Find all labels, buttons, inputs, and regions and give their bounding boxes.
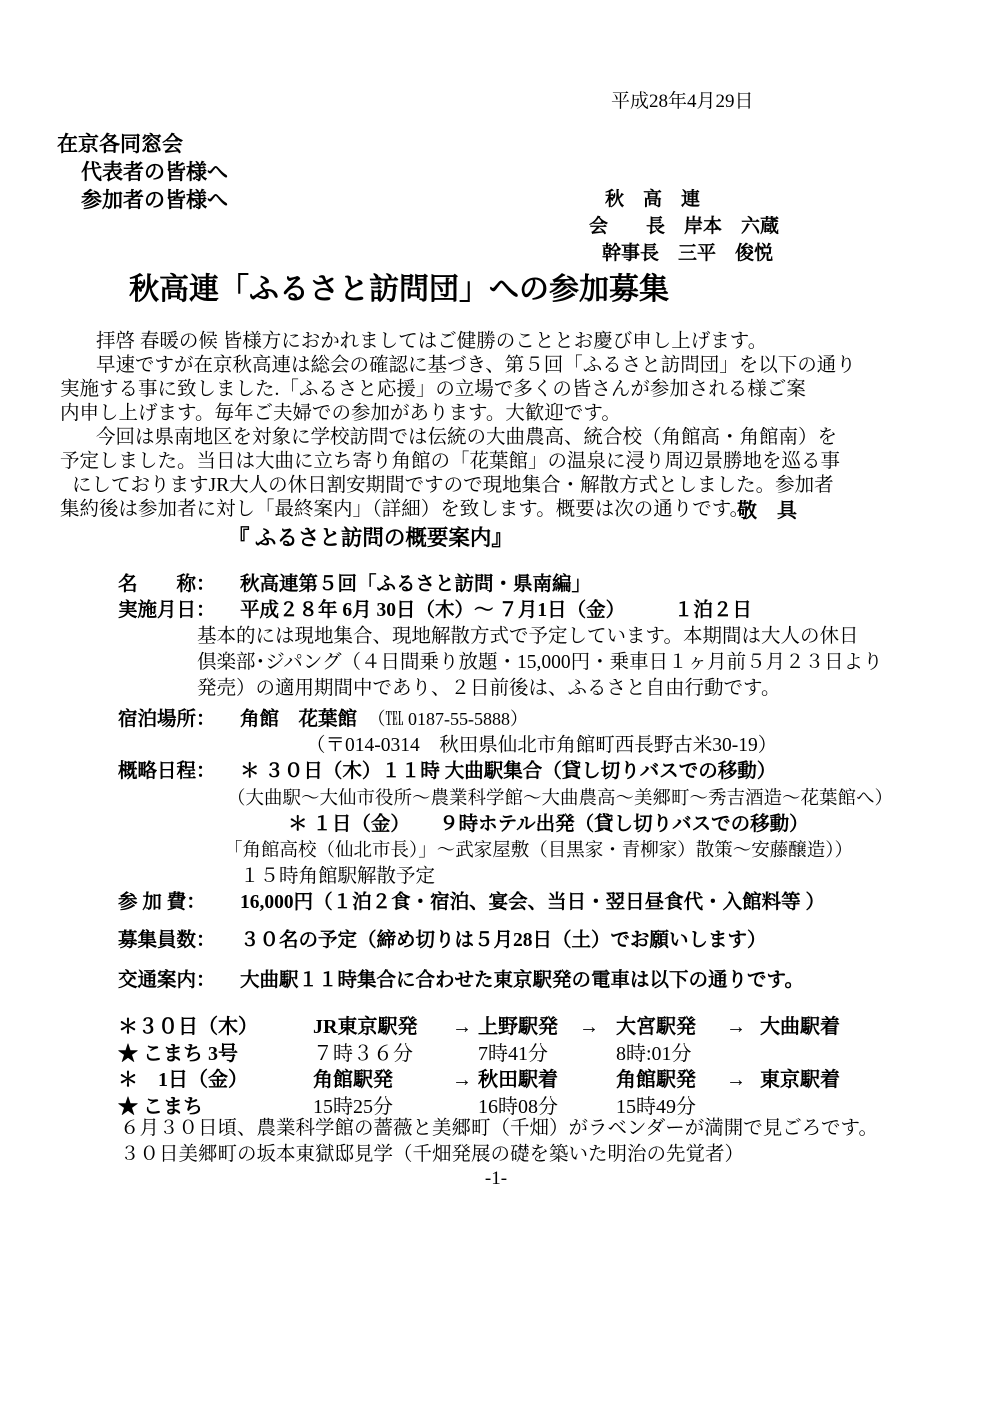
lodging-address: （〒014-0314 秋田県仙北市角館町西長野古米30-19） <box>306 733 893 759</box>
train-station: 秋田駅着 <box>478 1067 579 1094</box>
body-paragraphs: 拝啓 春暖の候 皆様方におかれましてはご健勝のこととお慶び申し上げます。 早速で… <box>60 330 940 522</box>
train-row-day2-stations: ＊ 1日（金）角館駅発→秋田駅着角館駅発→東京駅着 <box>118 1067 840 1094</box>
document-date: 平成28年4月29日 <box>611 86 754 113</box>
itinerary-end: １５時角館駅解散予定 <box>240 864 893 890</box>
train-time: ７時３６分 <box>313 1041 452 1068</box>
body-line: 早速ですが在京秋高連は総会の確認に基づき、第５回「ふるさと訪問団」を以下の通り <box>60 354 940 378</box>
section-title: 『 ふるさと訪問の概要案内』 <box>228 521 513 552</box>
season-notes: ６月３０日頃、農業科学館の薔薇と美郷町（千畑）がラベンダーが満開で見ごろです。 … <box>120 1116 878 1167</box>
body-line: 集約後は参加者に対し「最終案内」（詳細）を致します。概要は次の通りです。 <box>60 498 940 522</box>
arrow-icon: → <box>452 1014 478 1041</box>
body-line: 実施する事に致しました.「ふるさと応援」の立場で多くの皆さんが参加される様ご案 <box>60 378 940 402</box>
page-title: 秋高連「ふるさと訪問団」への参加募集 <box>129 264 669 308</box>
train-row-day1-times: ★ こまち 3号７時３６分7時41分8時:01分 <box>118 1041 840 1068</box>
recipient-block: 在京各同窓会 代表者の皆様へ 参加者の皆様へ <box>57 130 228 214</box>
body-line: 内申し上げます。毎年ご夫婦での参加があります。大歓迎です。 <box>60 402 940 426</box>
detail-label: 名 称： <box>118 572 240 598</box>
detail-note-line: 基本的には現地集合、現地解散方式で予定しています。本期間は大人の休日 <box>197 624 883 650</box>
itinerary-day2: ＊ １日（金） ９時ホテル出発（貸し切りバスでの移動） <box>288 812 893 838</box>
closing-word: 敬 具 <box>737 494 797 523</box>
sender-secretary: 幹事長 三平 俊悦 <box>589 240 779 267</box>
arrow-icon: → <box>726 1067 760 1094</box>
train-station: 大曲駅着 <box>760 1014 840 1041</box>
body-line: 拝啓 春暖の候 皆様方におかれましてはご健勝のこととお慶び申し上げます。 <box>60 330 940 354</box>
train-schedule: ＊３０日（木）JR東京駅発→上野駅発→大宮駅発→大曲駅着 ★ こまち 3号７時３… <box>118 1014 840 1120</box>
detail-label: 交通案内： <box>118 968 240 994</box>
train-station: 東京駅着 <box>760 1067 840 1094</box>
detail-label: 実施月日： <box>118 598 240 624</box>
detail-value: 平成２８年 6月 30日（木）～ ７月1日（金） １泊２日 <box>240 600 752 621</box>
sender-president: 会 長 岸本 六蔵 <box>589 213 779 240</box>
note-line: ６月３０日頃、農業科学館の薔薇と美郷町（千畑）がラベンダーが満開で見ごろです。 <box>120 1116 878 1142</box>
overview-name-date: 名 称：秋高連第５回「ふるさと訪問・県南編」 実施月日：平成２８年 6月 30日… <box>118 572 883 702</box>
overview-lodging-itinerary: 宿泊場所：角館 花葉館 （℡ 0187-55-5888） （〒014-0314 … <box>118 706 893 917</box>
detail-value: 秋高連第５回「ふるさと訪問・県南編」 <box>240 574 591 595</box>
train-row-day1-stations: ＊３０日（木）JR東京駅発→上野駅発→大宮駅発→大曲駅着 <box>118 1014 840 1041</box>
detail-value: ３０名の予定（締め切りは５月28日（土）でお願いします） <box>240 930 767 951</box>
body-line: にしておりますJR大人の休日割安期間ですので現地集合・解散方式としました。参加者 <box>60 474 940 498</box>
detail-row-lodging: 宿泊場所：角館 花葉館 （℡ 0187-55-5888） <box>118 706 893 733</box>
overview-transport: 交通案内：大曲駅１１時集合に合わせた東京駅発の電車は以下の通りです。 <box>118 968 804 994</box>
train-station: JR東京駅発 <box>313 1014 452 1041</box>
recipient-line: 在京各同窓会 <box>57 130 228 158</box>
itinerary-day1-route: （大曲駅～大仙市役所～農業科学館～大曲農高～美郷町～秀吉酒造～花葉館へ） <box>227 786 893 812</box>
recipient-line: 参加者の皆様へ <box>57 186 228 214</box>
detail-row-date: 実施月日：平成２８年 6月 30日（木）～ ７月1日（金） １泊２日 <box>118 598 883 624</box>
detail-note-line: 倶楽部･ジパング（４日間乗り放題・15,000円・乗車日１ヶ月前５月２３日より <box>197 650 883 676</box>
sender-block: 秋 高 連 会 長 岸本 六蔵 幹事長 三平 俊悦 <box>589 186 779 267</box>
detail-label: 参 加 費： <box>118 890 240 916</box>
train-day: ＊ 1日（金） <box>118 1067 313 1094</box>
body-line: 予定しました。当日は大曲に立ち寄り角館の「花葉館」の温泉に浸り周辺景勝地を巡る事 <box>60 450 940 474</box>
detail-row-itinerary: 概略日程：＊ ３０日（木）１１時 大曲駅集合（貸し切りバスでの移動） <box>118 759 893 785</box>
sender-org: 秋 高 連 <box>589 186 779 213</box>
train-day: ＊３０日（木） <box>118 1014 313 1041</box>
train-station: 角館駅発 <box>616 1067 726 1094</box>
arrow-icon: → <box>579 1014 616 1041</box>
detail-label: 宿泊場所： <box>118 707 240 733</box>
detail-value: 大曲駅１１時集合に合わせた東京駅発の電車は以下の通りです。 <box>240 970 804 991</box>
detail-value: 角館 花葉館 <box>240 709 377 730</box>
body-line: 今回は県南地区を対象に学校訪問では伝統の大曲農高、統合校（角館高・角館南）を <box>60 426 940 450</box>
itinerary-day1: ＊ ３０日（木）１１時 大曲駅集合（貸し切りバスでの移動） <box>240 761 776 782</box>
recipient-line: 代表者の皆様へ <box>57 158 228 186</box>
lodging-tel: （℡ 0187-55-5888） <box>377 709 529 729</box>
detail-label: 募集員数： <box>118 928 240 954</box>
detail-label: 概略日程： <box>118 759 240 785</box>
detail-value: 16,000円（１泊２食・宿泊、宴会、当日・翌日昼食代・入館料等 ） <box>240 892 825 913</box>
train-time: 7時41分 <box>478 1041 579 1068</box>
detail-row-name: 名 称：秋高連第５回「ふるさと訪問・県南編」 <box>118 572 883 598</box>
note-line: ３０日美郷町の坂本東獄邸見学（千畑発展の礎を築いた明治の先覚者） <box>120 1142 878 1168</box>
arrow-icon: → <box>452 1067 478 1094</box>
train-name: ★ こまち 3号 <box>118 1041 313 1068</box>
overview-capacity: 募集員数：３０名の予定（締め切りは５月28日（土）でお願いします） <box>118 928 767 954</box>
detail-row-capacity: 募集員数：３０名の予定（締め切りは５月28日（土）でお願いします） <box>118 928 767 954</box>
arrow-icon: → <box>726 1014 760 1041</box>
page-number: -1- <box>0 1168 992 1190</box>
train-time: 8時:01分 <box>616 1041 726 1068</box>
detail-note-line: 発売）の適用期間中であり、２日前後は、ふるさと自由行動です。 <box>197 676 883 702</box>
itinerary-day2-route: 「角館高校（仙北市長）」～武家屋敷（目黒家・青柳家）散策～安藤醸造）） <box>224 838 893 864</box>
train-station: 大宮駅発 <box>616 1014 726 1041</box>
document-page: 平成28年4月29日 在京各同窓会 代表者の皆様へ 参加者の皆様へ 秋 高 連 … <box>0 0 992 1403</box>
detail-row-fee: 参 加 費：16,000円（１泊２食・宿泊、宴会、当日・翌日昼食代・入館料等 ） <box>118 890 893 916</box>
detail-row-transport: 交通案内：大曲駅１１時集合に合わせた東京駅発の電車は以下の通りです。 <box>118 968 804 994</box>
train-station: 角館駅発 <box>313 1067 452 1094</box>
train-station: 上野駅発 <box>478 1014 579 1041</box>
